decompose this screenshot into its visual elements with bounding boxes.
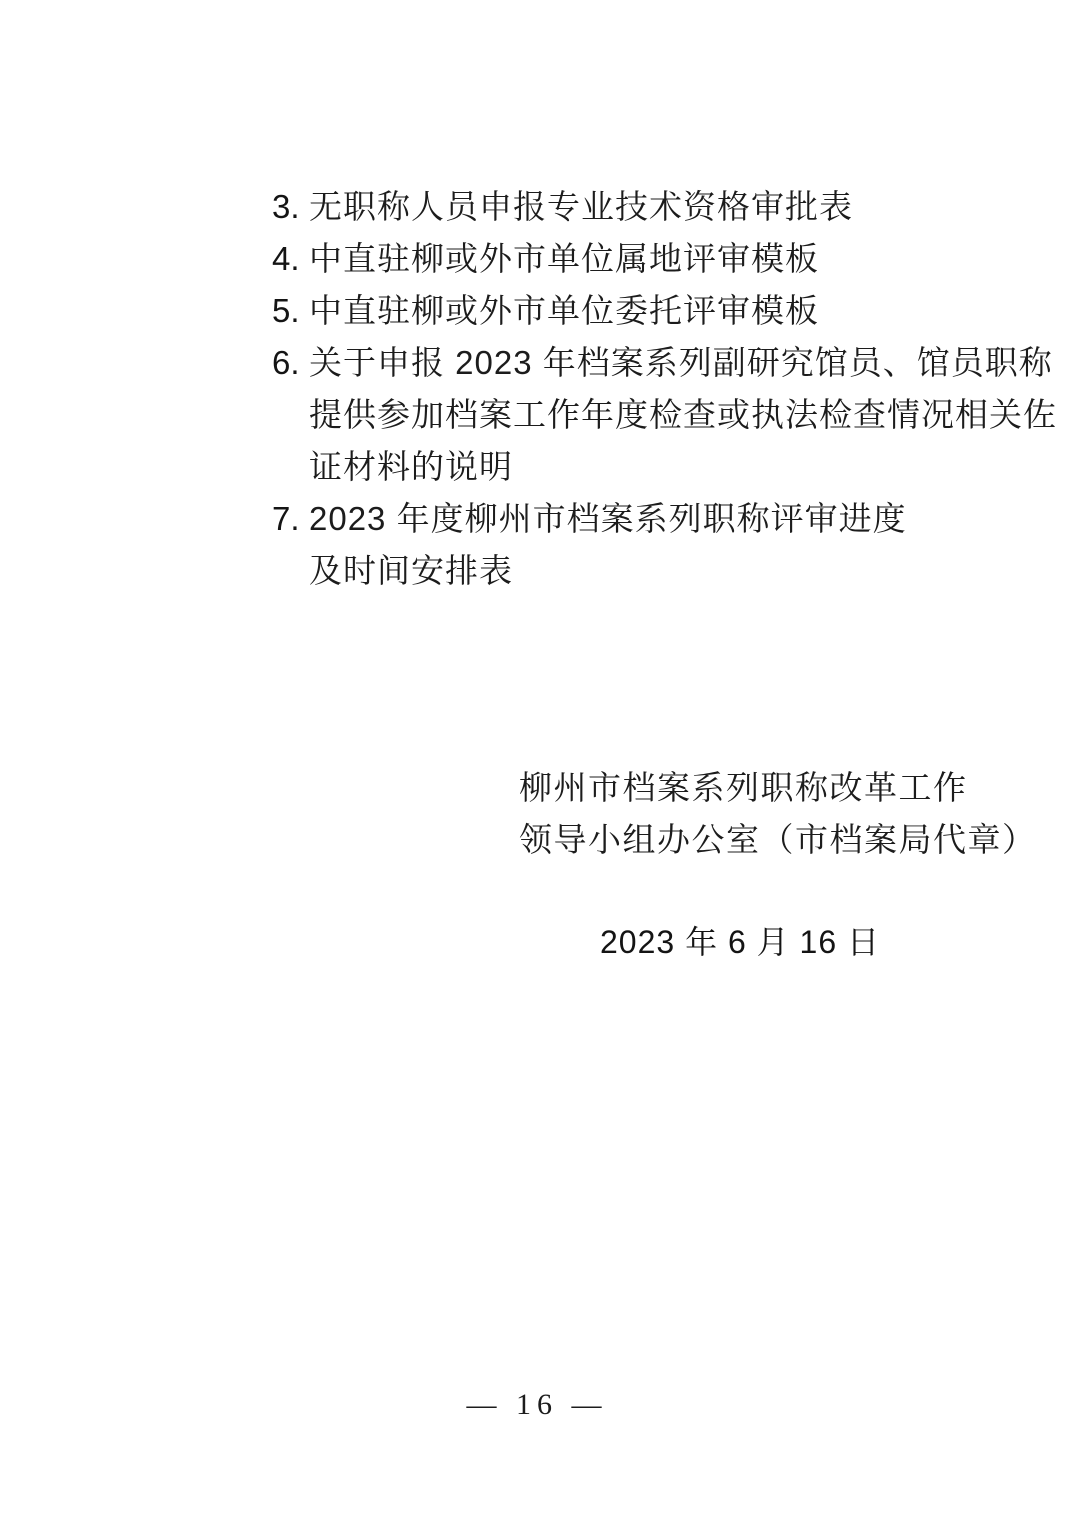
list-item-text: 及时间安排表 [309, 545, 992, 597]
list-item: 5. 中直驻柳或外市单位委托评审模板 [272, 285, 992, 337]
list-item-text: 提供参加档案工作年度检查或执法检查情况相关佐 [309, 389, 1057, 441]
signature-block: 柳州市档案系列职称改革工作 领导小组办公室（市档案局代章） [519, 762, 1037, 866]
page-number: — 16 — [467, 1388, 608, 1421]
list-item: 3. 无职称人员申报专业技术资格审批表 [272, 181, 992, 233]
document-date: 2023 年 6 月 16 日 [600, 916, 880, 968]
list-item-text: 证材料的说明 [309, 441, 1057, 493]
list-item-text: 关于申报 2023 年档案系列副研究馆员、馆员职称 [309, 337, 1057, 389]
list-item-number: 7. [272, 493, 309, 545]
document-page: 3. 无职称人员申报专业技术资格审批表 4. 中直驻柳或外市单位属地评审模板 5… [0, 0, 1074, 1520]
list-item: 6. 关于申报 2023 年档案系列副研究馆员、馆员职称 提供参加档案工作年度检… [272, 337, 992, 493]
page-footer: — 16 — [0, 1386, 1074, 1424]
list-item-text: 中直驻柳或外市单位属地评审模板 [309, 233, 992, 285]
signature-org-line2: 领导小组办公室（市档案局代章） [519, 814, 1037, 866]
signature-org-line1: 柳州市档案系列职称改革工作 [519, 762, 1037, 814]
attachment-list: 3. 无职称人员申报专业技术资格审批表 4. 中直驻柳或外市单位属地评审模板 5… [272, 181, 992, 597]
list-item-number: 6. [272, 337, 309, 389]
list-item-text: 中直驻柳或外市单位委托评审模板 [309, 285, 992, 337]
list-item-number: 3. [272, 181, 309, 233]
list-item: 4. 中直驻柳或外市单位属地评审模板 [272, 233, 992, 285]
list-item-number: 5. [272, 285, 309, 337]
list-item-number: 4. [272, 233, 309, 285]
list-item-text: 2023 年度柳州市档案系列职称评审进度 [309, 493, 992, 545]
list-item: 7. 2023 年度柳州市档案系列职称评审进度 及时间安排表 [272, 493, 992, 597]
list-item-text: 无职称人员申报专业技术资格审批表 [309, 181, 992, 233]
